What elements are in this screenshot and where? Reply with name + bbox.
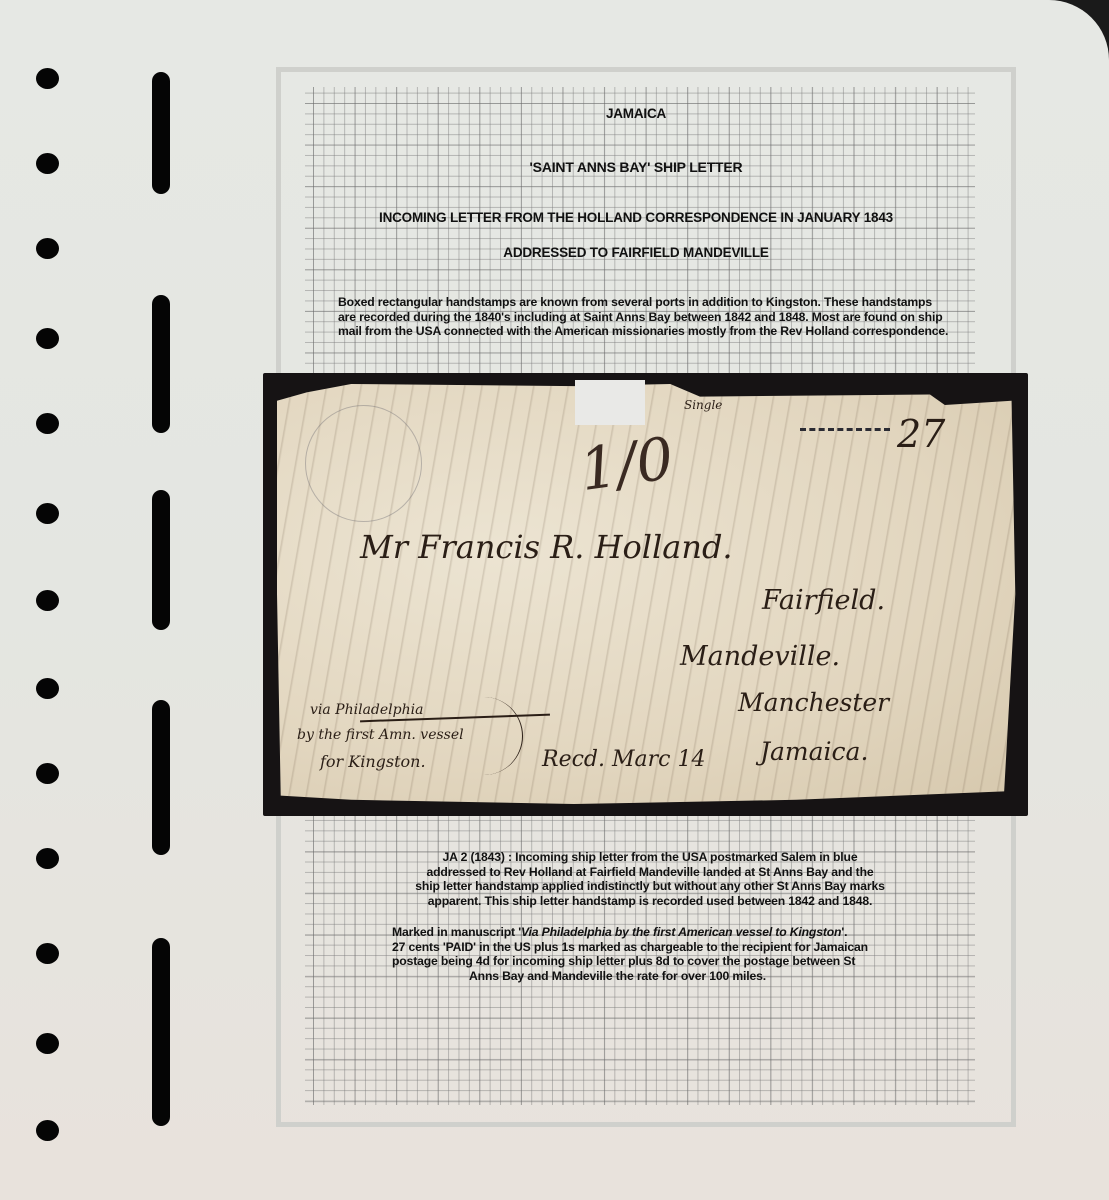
page-title: 'SAINT ANNS BAY' SHIP LETTER (286, 159, 986, 175)
notes-line-2: 27 cents 'PAID' in the US plus 1s marked… (392, 940, 912, 955)
manuscript-notes: Marked in manuscript 'Via Philadelphia b… (392, 925, 912, 983)
punch-hole (36, 328, 59, 349)
binder-slot (152, 938, 170, 1126)
punch-hole (36, 590, 59, 611)
punch-hole (36, 503, 59, 524)
punch-hole (36, 678, 59, 699)
binder-slot (152, 295, 170, 433)
intro-line: Boxed rectangular handstamps are known f… (338, 295, 998, 310)
notes-line-4: Anns Bay and Mandeville the rate for ove… (392, 969, 912, 984)
page-subtitle: INCOMING LETTER FROM THE HOLLAND CORRESP… (286, 210, 986, 225)
paid-rate: 27 (897, 412, 945, 456)
binder-slot (152, 490, 170, 630)
paid-handstamp (800, 428, 890, 435)
punch-hole (36, 1033, 59, 1054)
binder-slot (152, 700, 170, 855)
page-subtitle-address: ADDRESSED TO FAIRFIELD MANDEVILLE (286, 245, 986, 260)
binder-slot (152, 72, 170, 194)
salem-postmark (305, 405, 422, 522)
notes-line-1: Marked in manuscript 'Via Philadelphia b… (392, 925, 912, 940)
address-line-fairfield: Fairfield. (762, 585, 885, 616)
routing-line-1: via Philadelphia (310, 702, 423, 718)
album-page: JAMAICA 'SAINT ANNS BAY' SHIP LETTER INC… (0, 0, 1109, 1200)
routing-line-3: for Kingston. (320, 752, 426, 771)
description-line: apparent. This ship letter handstamp is … (370, 894, 930, 909)
intro-line: mail from the USA connected with the Ame… (338, 324, 998, 339)
punch-hole (36, 153, 59, 174)
intro-paragraph: Boxed rectangular handstamps are known f… (338, 295, 998, 339)
addressee-name: Mr Francis R. Holland. (360, 528, 733, 566)
cover-description: JA 2 (1843) : Incoming ship letter from … (370, 850, 930, 908)
country-heading: JAMAICA (286, 106, 986, 121)
address-line-mandeville: Mandeville. (680, 641, 840, 672)
punch-hole (36, 943, 59, 964)
punch-hole (36, 848, 59, 869)
received-docket: Recd. Marc 14 (542, 747, 705, 772)
routing-line-2: by the first Amn. vessel (297, 727, 464, 743)
address-line-manchester: Manchester (738, 688, 889, 717)
punch-hole (36, 763, 59, 784)
manuscript-quote: Via Philadelphia by the first American v… (521, 925, 841, 939)
intro-line: are recorded during the 1840's including… (338, 310, 998, 325)
address-line-jamaica: Jamaica. (760, 737, 868, 766)
description-line: ship letter handstamp applied indistinct… (370, 879, 930, 894)
single-note: Single (684, 398, 722, 412)
punch-hole (36, 413, 59, 434)
description-line: addressed to Rev Holland at Fairfield Ma… (370, 865, 930, 880)
notes-line-3: postage being 4d for incoming ship lette… (392, 954, 912, 969)
paper-repair-patch (575, 380, 645, 425)
punch-hole (36, 1120, 59, 1141)
description-line: JA 2 (1843) : Incoming ship letter from … (370, 850, 930, 865)
notes-prefix: Marked in manuscript ' (392, 925, 521, 939)
punch-hole (36, 68, 59, 89)
notes-suffix: '. (841, 925, 847, 939)
punch-hole (36, 238, 59, 259)
rate-mark: 1/0 (576, 424, 678, 504)
